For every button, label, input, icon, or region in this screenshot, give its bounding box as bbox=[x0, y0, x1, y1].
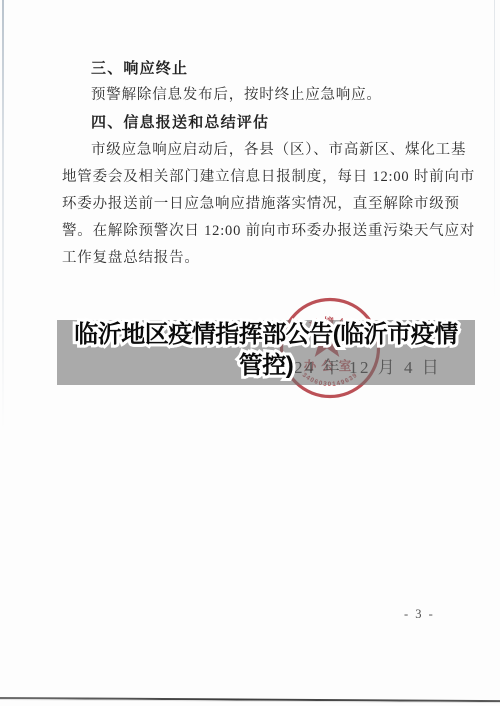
scan-edge-left bbox=[2, 0, 4, 430]
paragraph-line: 预警解除信息发布后，按时终止应急响应。 bbox=[62, 82, 444, 109]
scan-edge-bottom bbox=[0, 697, 500, 703]
headline-line-1: 临沂地区疫情指挥部公告(临沂市疫情 临沂地区疫情指挥部公告(临沂市疫情 bbox=[57, 320, 475, 350]
paragraph-line: 环委办报送前一日应急响应措施落实情况，直至解除市级预 bbox=[62, 191, 444, 218]
paragraph-line: 警。在解除预警次日 12:00 前向市环委办报送重污染天气应对 bbox=[62, 218, 444, 245]
headline-line-2: 管控) 管控) bbox=[57, 351, 475, 381]
paragraph-line: 地管委会及相关部门建立信息日报制度，每日 12:00 时前向市 bbox=[62, 164, 444, 191]
scan-edge-right bbox=[494, 0, 495, 300]
document-body: 三、响应终止 预警解除信息发布后，按时终止应急响应。 四、信息报送和总结评估 市… bbox=[62, 55, 444, 273]
headline-line-2-text: 管控) bbox=[239, 352, 294, 379]
headline-line-1-text: 临沂地区疫情指挥部公告(临沂市疫情 bbox=[74, 321, 458, 348]
paragraph-line: 工作复盘总结报告。 bbox=[62, 245, 444, 272]
overlay-headline: 临沂地区疫情指挥部公告(临沂市疫情 临沂地区疫情指挥部公告(临沂市疫情 管控) … bbox=[57, 320, 475, 385]
paragraph-line: 市级应急响应启动后，各县（区）、市高新区、煤化工基 bbox=[62, 137, 444, 164]
scanned-document-page: 三、响应终止 预警解除信息发布后，按时终止应急响应。 四、信息报送和总结评估 市… bbox=[0, 0, 500, 706]
section-heading-4: 四、信息报送和总结评估 bbox=[62, 109, 444, 136]
page-number: - 3 - bbox=[404, 607, 435, 622]
section-heading-3: 三、响应终止 bbox=[62, 55, 444, 82]
